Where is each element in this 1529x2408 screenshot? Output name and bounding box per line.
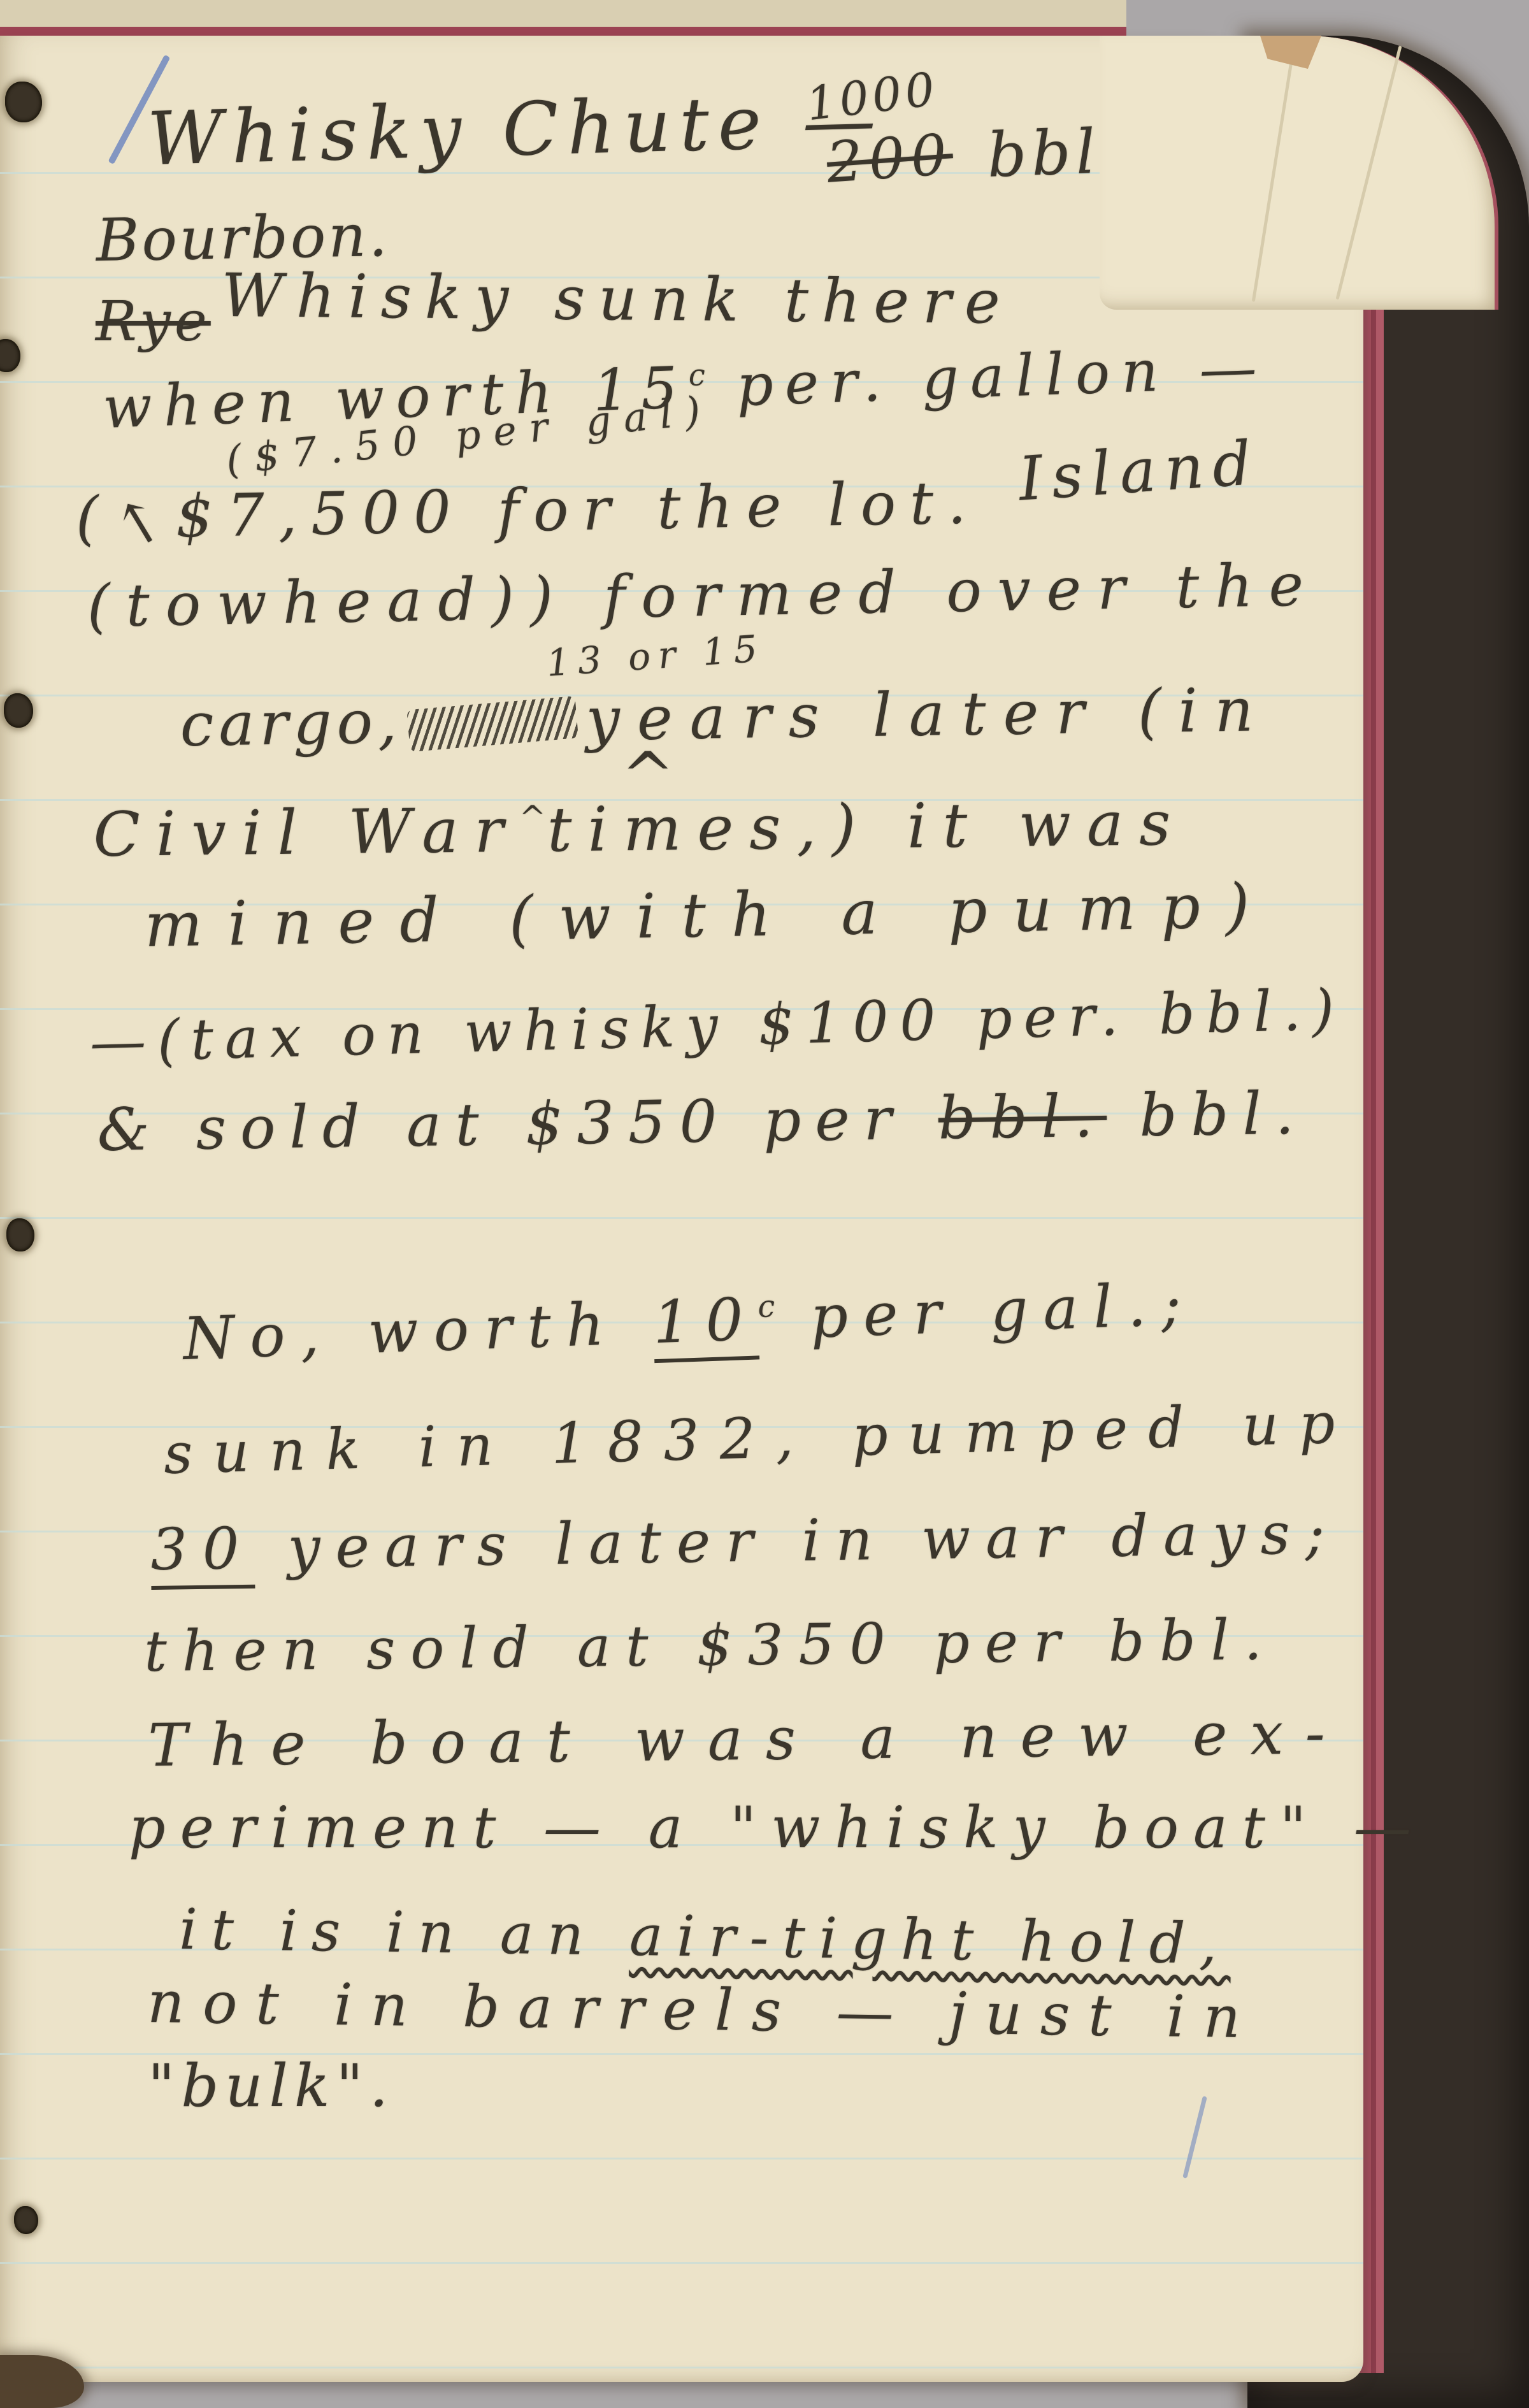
underlined-number: 10: [652, 1285, 759, 1363]
underlined-phrase: air-tight hold,: [629, 1903, 1231, 1977]
caret-icon: ^: [519, 799, 547, 836]
handwritten-line: then sold at $350 per bbl.: [144, 1611, 1277, 1680]
underlined-number: 30: [150, 1515, 255, 1590]
ruled-line: [0, 2367, 1363, 2368]
binding-hole: [5, 82, 42, 122]
handwritten-line: 30 years later in war days;: [150, 1505, 1340, 1579]
crease-line: [1252, 50, 1295, 302]
handwritten-line: "bulk".: [148, 2057, 394, 2116]
ruled-line: [0, 2262, 1363, 2264]
handwritten-line: The boat was a new ex-: [148, 1704, 1348, 1775]
line-text: it is in an: [179, 1896, 630, 1968]
handwritten-line: cargo,years later (in: [180, 681, 1271, 756]
binding-hole: [6, 1218, 34, 1251]
scratched-out-word: [407, 696, 579, 752]
line-text: & sold at $350 per: [97, 1085, 939, 1164]
line-text: $7,500 for the lot.: [175, 468, 980, 551]
handwritten-title: Whisky Chute —: [147, 84, 886, 177]
handwritten-line: Bourbon.: [96, 206, 391, 270]
line-text: bbl.: [1106, 1079, 1308, 1150]
handwritten-line: (↑$7,500 for the lot.: [75, 473, 980, 548]
notebook-scan: Whisky Chute — 1000 200 bbls Bourbon. Ry…: [0, 0, 1529, 2408]
struck-word: bbl.: [938, 1082, 1107, 1153]
line-text: times,) it was: [547, 788, 1186, 866]
handwritten-line: periment — a "whisky boat" —: [129, 1799, 1426, 1857]
handwritten-line: not in barrels — just in: [147, 1974, 1260, 2047]
struck-number: 200: [825, 126, 955, 191]
handwritten-line: mined (with a pump): [144, 875, 1275, 956]
line-text: cargo,: [180, 688, 403, 760]
handwritten-line: Civil War^times,) it was: [93, 793, 1187, 865]
binding-hole: [14, 2206, 38, 2234]
line-text: Civil War: [93, 795, 520, 870]
struck-word: Rye: [96, 294, 211, 349]
handwritten-line: Whisky sunk there: [221, 266, 1014, 333]
binding-hole: [4, 693, 33, 728]
ruled-line: [0, 2158, 1363, 2159]
crease-line: [1335, 45, 1402, 299]
handwritten-line: & sold at $350 per bbl. bbl.: [97, 1084, 1309, 1160]
ruled-line: [0, 1217, 1363, 1219]
handwritten-word: Island: [1017, 433, 1262, 510]
superscript-c: c: [757, 1289, 777, 1325]
handwritten-line: it is in an air-tight hold,: [179, 1901, 1231, 1972]
top-page-edges: [0, 0, 1126, 28]
line-text: years later (in: [585, 675, 1271, 754]
